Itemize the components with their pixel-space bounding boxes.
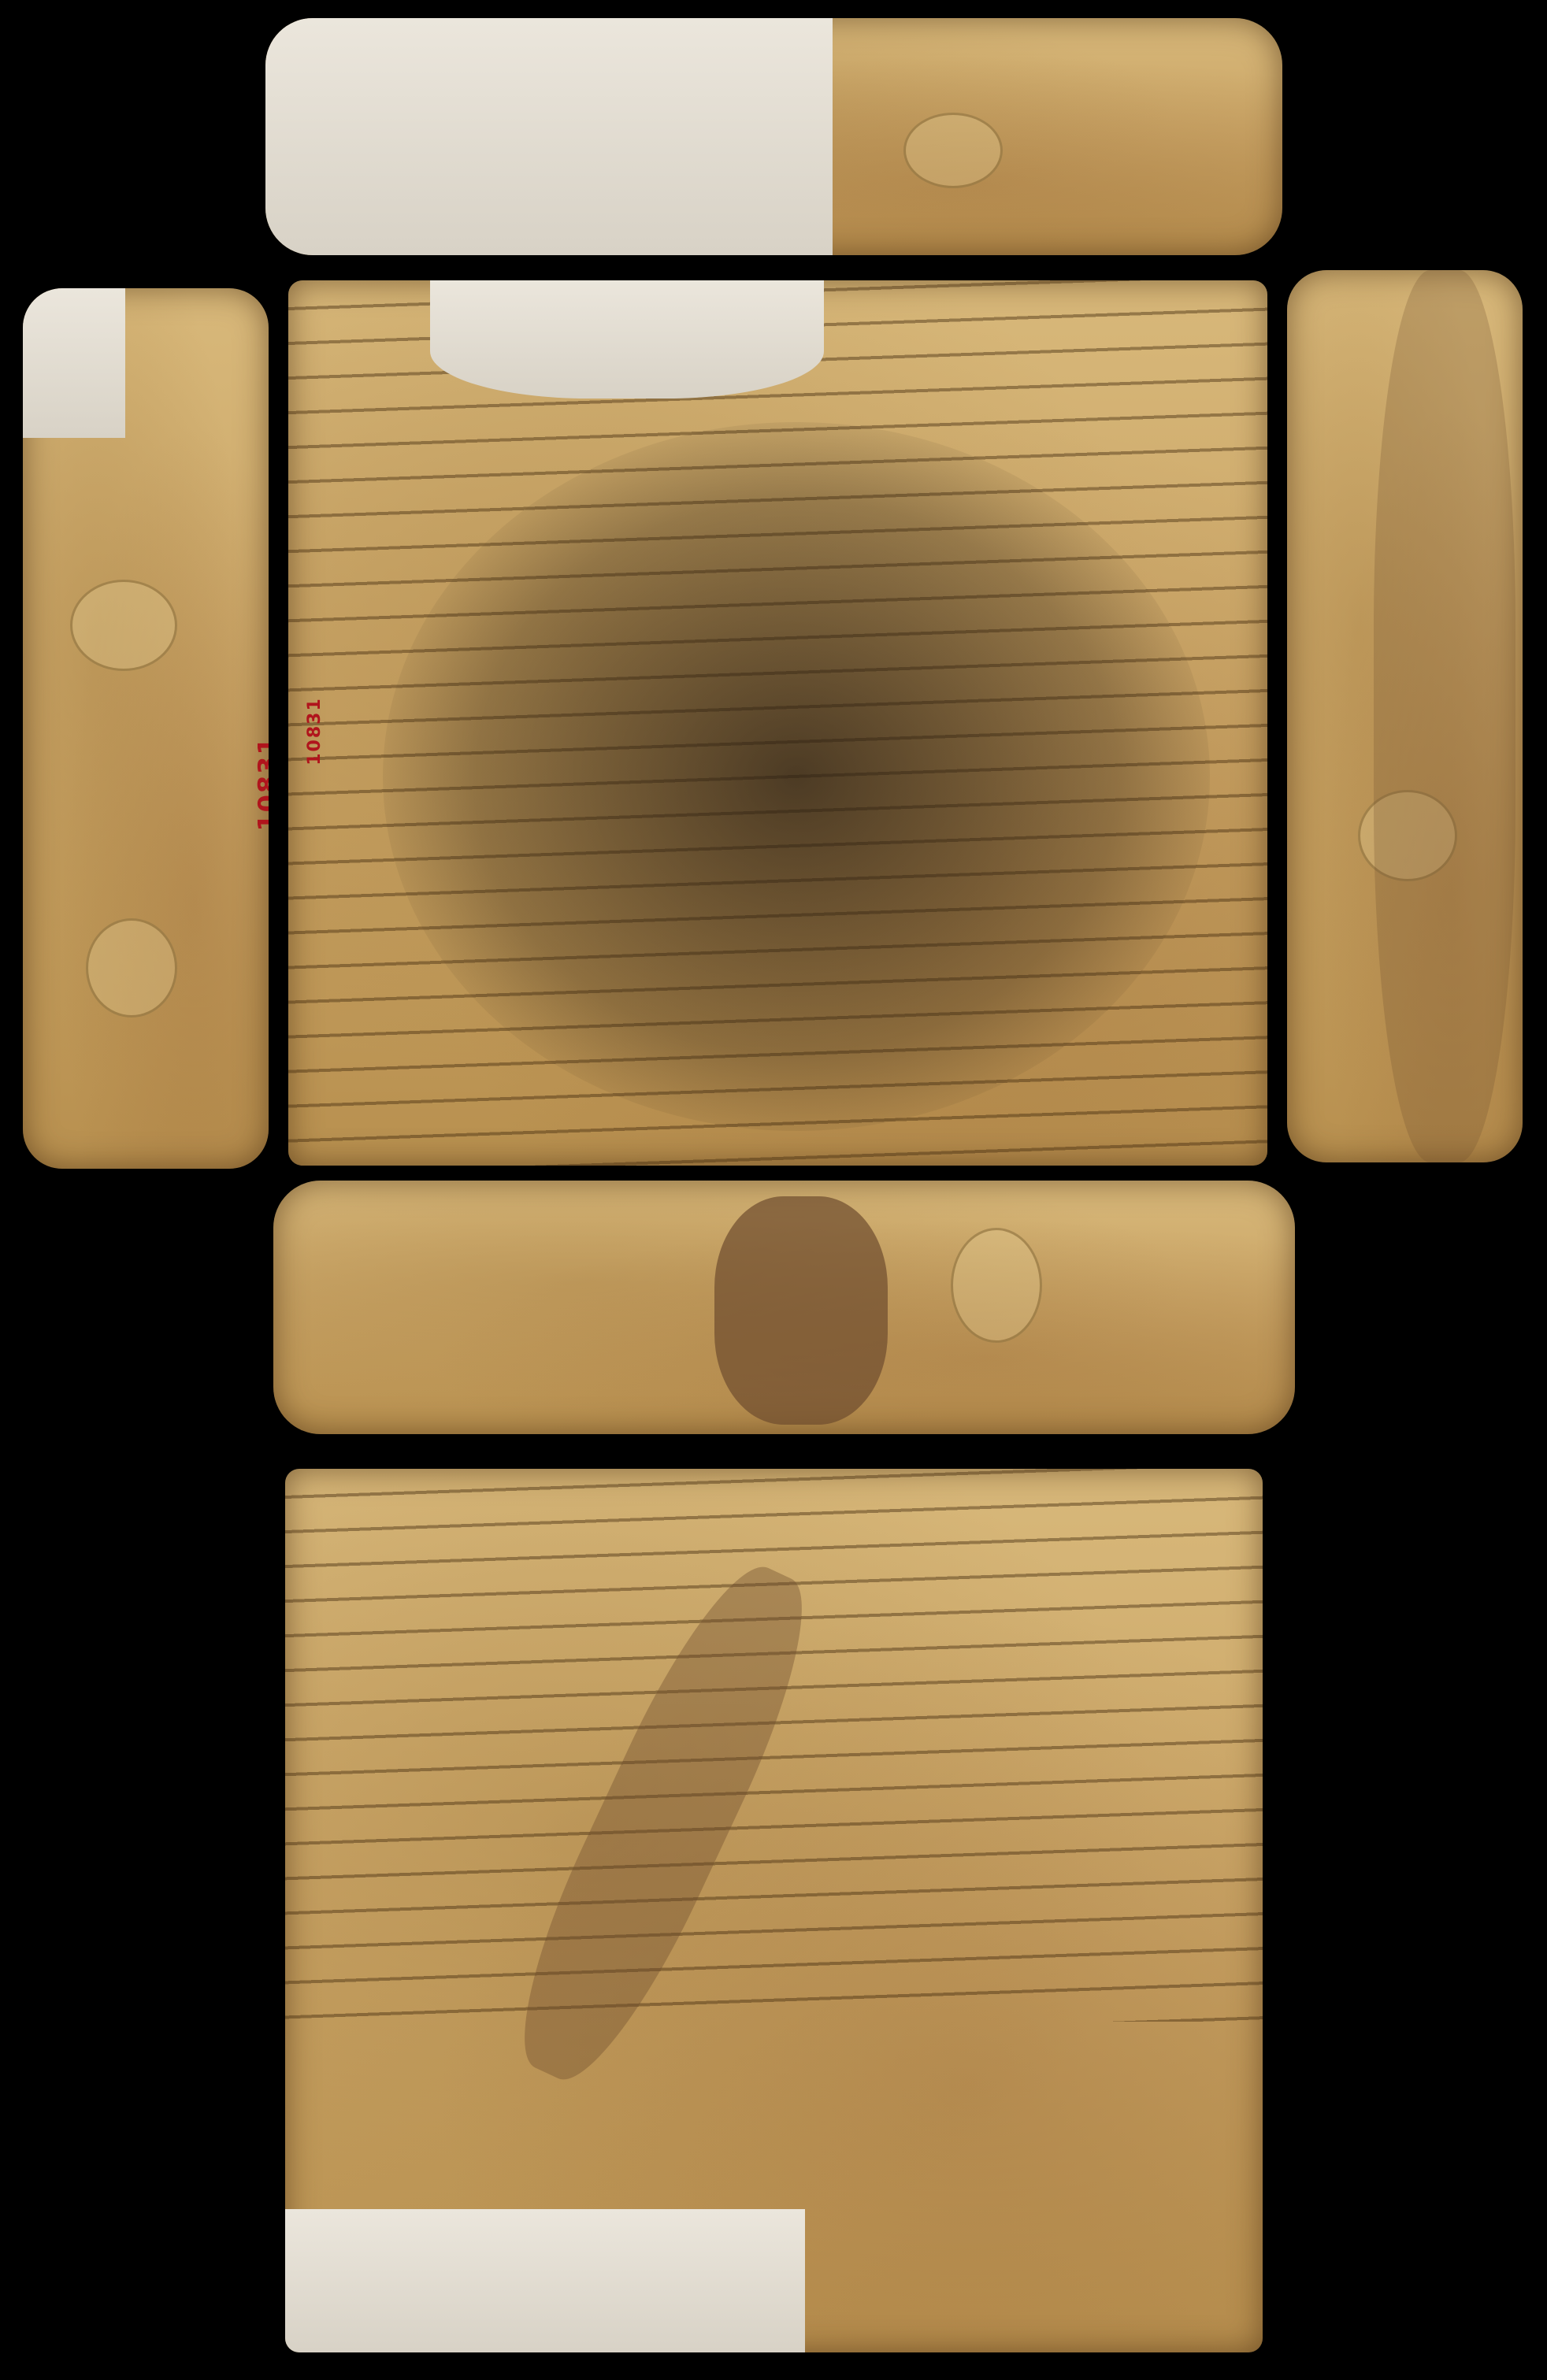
obverse: 10831 [288, 280, 1267, 1166]
seal-impression [903, 113, 1003, 188]
dark-patch [714, 1196, 888, 1425]
registration-number: 10831 [305, 697, 325, 766]
left-edge: 10831 [23, 288, 269, 1169]
registration-number: 10831 [253, 736, 269, 831]
plaster-restoration [265, 18, 833, 255]
seal-impression [70, 580, 177, 671]
bottom-edge [273, 1181, 1295, 1434]
reverse [285, 1469, 1263, 2352]
seal-impression [86, 918, 177, 1018]
plaster-restoration [23, 288, 125, 438]
plaster-restoration [285, 2209, 805, 2352]
top-edge [265, 18, 1282, 255]
seal-impression [951, 1228, 1042, 1343]
cuneiform-text-lines [285, 1469, 1263, 2022]
right-edge [1287, 270, 1523, 1162]
dark-stain [383, 422, 1210, 1131]
plaster-restoration [430, 280, 824, 399]
reddish-stain [1374, 270, 1515, 1162]
